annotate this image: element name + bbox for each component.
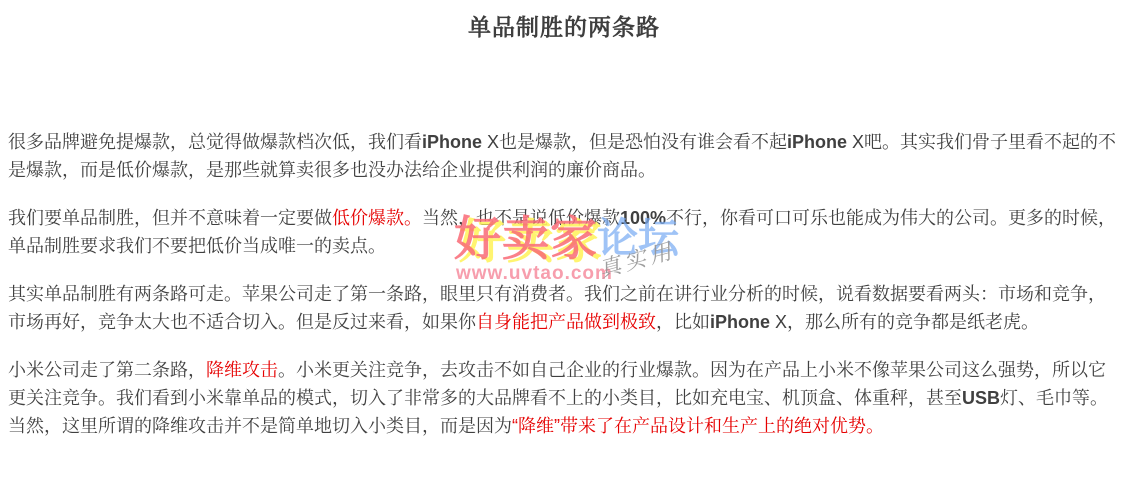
text-segment-highlight: “降维”带来了在产品设计和生产上的绝对优势。: [512, 416, 884, 436]
text-segment-highlight: 低价爆款。: [332, 208, 422, 228]
text-segment-emphasis: iPhone: [422, 132, 482, 152]
paragraph: 小米公司走了第二条路，降维攻击。小米更关注竞争，去攻击不如自己企业的行业爆款。因…: [8, 356, 1123, 440]
text-segment: 小米公司走了第二条路，: [8, 360, 206, 380]
text-segment: 很多品牌避免提爆款，总觉得做爆款档次低，我们看: [8, 132, 422, 152]
text-segment-highlight: 降维攻击: [206, 360, 278, 380]
text-segment-emphasis: USB: [962, 388, 1000, 408]
article-page: 单品制胜的两条路 很多品牌避免提爆款，总觉得做爆款档次低，我们看iPhone X…: [0, 0, 1128, 492]
paragraph: 其实单品制胜有两条路可走。苹果公司走了第一条路，眼里只有消费者。我们之前在讲行业…: [8, 280, 1123, 336]
text-segment-emphasis: iPhone: [787, 132, 847, 152]
article-title: 单品制胜的两条路: [0, 0, 1128, 41]
text-segment: 当然，也不是说低价爆款: [422, 208, 620, 228]
text-segment-highlight: 自身能把产品做到极致: [476, 312, 656, 332]
paragraph: 我们要单品制胜，但并不意味着一定要做低价爆款。当然，也不是说低价爆款100%不行…: [8, 204, 1123, 260]
text-segment: 我们要单品制胜，但并不意味着一定要做: [8, 208, 332, 228]
text-segment-emphasis: 100%: [620, 208, 666, 228]
text-segment-emphasis: iPhone: [710, 312, 770, 332]
article-body: 很多品牌避免提爆款，总觉得做爆款档次低，我们看iPhone X也是爆款，但是恐怕…: [8, 128, 1123, 460]
text-segment: X，那么所有的竞争都是纸老虎。: [770, 312, 1039, 332]
text-segment: X也是爆款，但是恐怕没有谁会看不起: [482, 132, 787, 152]
text-segment: ，比如: [656, 312, 710, 332]
paragraph: 很多品牌避免提爆款，总觉得做爆款档次低，我们看iPhone X也是爆款，但是恐怕…: [8, 128, 1123, 184]
